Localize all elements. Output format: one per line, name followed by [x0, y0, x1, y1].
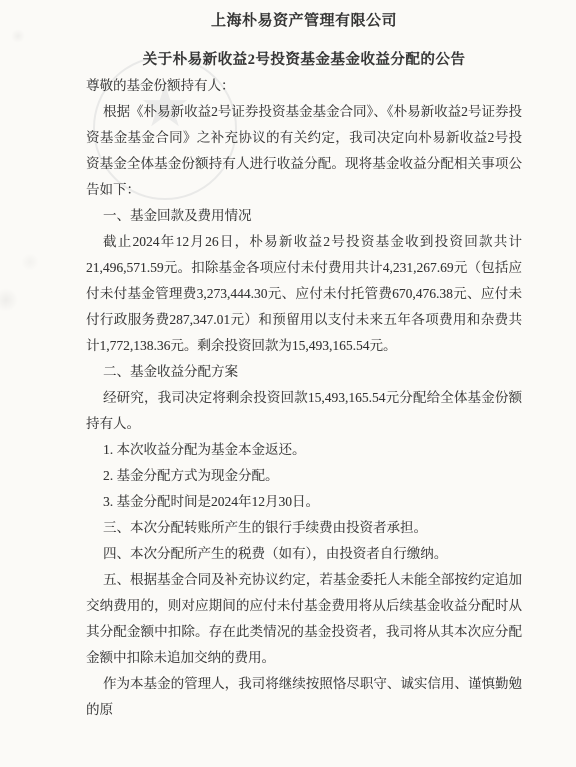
- document-body: 上海朴易资产管理有限公司 关于朴易新收益2号投资基金基金收益分配的公告 尊敬的基…: [86, 8, 522, 723]
- scanned-document-page: ★ 上海朴易资产管理有限公司 关于朴易新收益2号投资基金基金收益分配的公告 尊敬…: [0, 0, 576, 767]
- company-name: 上海朴易资产管理有限公司: [86, 8, 522, 34]
- distribution-item-3: 3. 基金分配时间是2024年12月30日。: [86, 489, 522, 515]
- distribution-item-1: 1. 本次收益分配为基金本金返还。: [86, 437, 522, 463]
- section5-paragraph: 五、根据基金合同及补充协议约定，若基金委托人未能全部按约定追加交纳费用的，则对应…: [86, 567, 522, 671]
- section4-paragraph: 四、本次分配所产生的税费（如有），由投资者自行缴纳。: [86, 541, 522, 567]
- section1-body: 截止2024年12月26日，朴易新收益2号投资基金收到投资回款共计21,496,…: [86, 229, 522, 359]
- closing-paragraph: 作为本基金的管理人，我司将继续按照恪尽职守、诚实信用、谨慎勤勉的原: [86, 671, 522, 723]
- announcement-title: 关于朴易新收益2号投资基金基金收益分配的公告: [86, 47, 522, 73]
- section1-heading: 一、基金回款及费用情况: [86, 203, 522, 229]
- section3-paragraph: 三、本次分配转账所产生的银行手续费由投资者承担。: [86, 515, 522, 541]
- salutation: 尊敬的基金份额持有人：: [86, 73, 522, 99]
- section2-heading: 二、基金收益分配方案: [86, 359, 522, 385]
- section2-body: 经研究，我司决定将剩余投资回款15,493,165.54元分配给全体基金份额持有…: [86, 385, 522, 437]
- intro-paragraph: 根据《朴易新收益2号证券投资基金基金合同》、《朴易新收益2号证券投资基金基金合同…: [86, 99, 522, 203]
- distribution-item-2: 2. 基金分配方式为现金分配。: [86, 463, 522, 489]
